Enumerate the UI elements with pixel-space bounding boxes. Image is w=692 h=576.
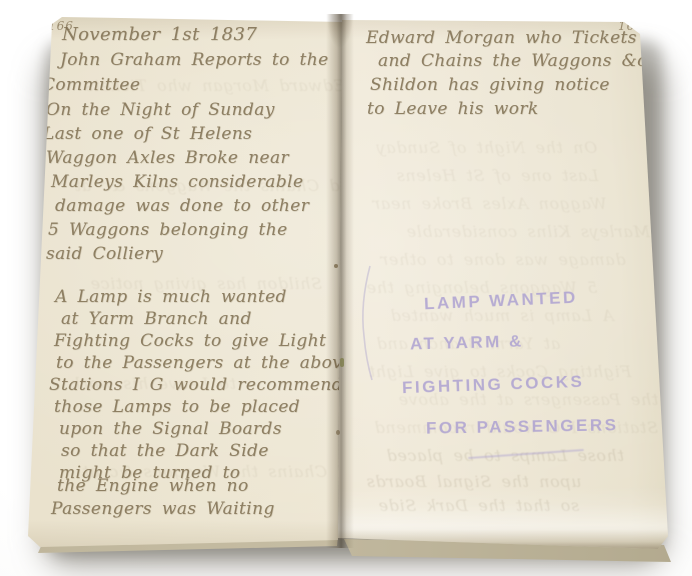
pencil-stroke — [356, 264, 382, 382]
handwritten-line: A Lamp is much wanted — [55, 289, 287, 306]
bleed-through-text: Waggon Axles Broke near — [372, 196, 607, 212]
handwritten-line: Committee — [42, 77, 140, 94]
minute-book: 166 Edward Morgan who Tickets and Chains… — [24, 12, 672, 564]
handwritten-line: Marleys Kilns considerable — [51, 174, 303, 191]
bleed-through-text: Marleys Kilns considerable — [406, 224, 650, 240]
handwritten-line: November 1st 1837 — [62, 26, 257, 44]
handwritten-line: Stations I G would recommend — [49, 377, 343, 394]
handwritten-line: to Leave his work — [367, 101, 539, 118]
handwritten-line: Fighting Cocks to give Light — [54, 333, 326, 350]
handwritten-line: On the Night of Sunday — [46, 102, 275, 119]
handwritten-line: said Colliery — [46, 246, 163, 263]
bleed-through-text: Last one of St Helens — [396, 168, 599, 184]
handwritten-line: Passengers was Waiting — [51, 501, 275, 518]
handwritten-line: at Yarm Branch and — [61, 311, 252, 328]
pencil-annotation-line: FOR PASSENGERS — [426, 416, 619, 436]
handwritten-line: Edward Morgan who Tickets — [366, 30, 637, 47]
foxing-spot — [334, 264, 338, 268]
book-gutter — [326, 14, 354, 548]
handwritten-line: John Graham Reports to the — [60, 52, 329, 69]
handwritten-line: and Chains the Waggons &c at — [378, 53, 675, 70]
handwritten-line: so that the Dark Side — [61, 443, 269, 460]
handwritten-line: those Lamps to be placed — [54, 399, 300, 416]
handwritten-line: 5 Waggons belonging the — [48, 222, 288, 239]
handwritten-line: Shildon has giving notice — [370, 77, 610, 94]
pencil-annotation-line: AT YARM & — [410, 333, 524, 353]
handwritten-line: the Engine when no — [57, 478, 249, 495]
handwritten-line: Waggon Axles Broke near — [46, 150, 289, 167]
bleed-through-text: On the Night of Sunday — [376, 140, 597, 156]
handwritten-line: upon the Signal Boards — [59, 421, 282, 438]
handwritten-line: to the Passengers at the above — [56, 355, 353, 372]
bleed-through-text: upon the Signal Boards — [366, 474, 581, 490]
handwritten-line: damage was done to other — [55, 198, 309, 215]
handwritten-line: Last one of St Helens — [43, 126, 252, 143]
plant-speck — [340, 358, 344, 367]
photo-backdrop: 166 Edward Morgan who Tickets and Chains… — [0, 0, 692, 576]
bleed-through-text: damage was done to other — [380, 252, 626, 268]
foxing-spot — [336, 430, 340, 435]
